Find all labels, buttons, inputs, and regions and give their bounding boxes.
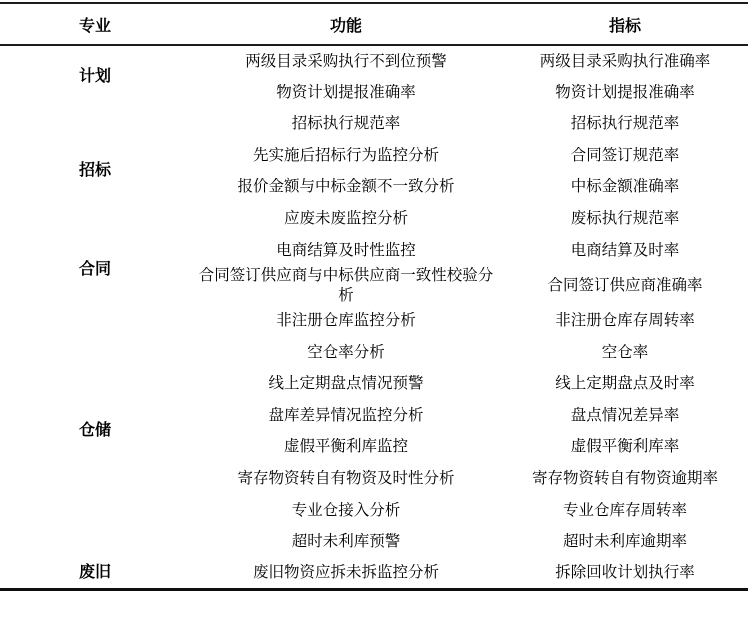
function-cell: 先实施后招标行为监控分析	[190, 140, 502, 172]
group-label-cell: 仓储	[0, 305, 190, 558]
table-row: 计划两级目录采购执行不到位预警两级目录采购执行准确率	[0, 45, 748, 77]
function-cell: 专业仓接入分析	[190, 494, 502, 526]
indicator-cell: 合同签订规范率	[502, 140, 748, 172]
function-cell: 空仓率分析	[190, 337, 502, 369]
function-cell: 招标执行规范率	[190, 108, 502, 140]
table-row: 仓储非注册仓库监控分析非注册仓库存周转率	[0, 305, 748, 337]
indicator-cell: 线上定期盘点及时率	[502, 368, 748, 400]
group-label-cell: 合同	[0, 235, 190, 305]
indicator-cell: 超时未利库逾期率	[502, 526, 748, 558]
indicator-cell: 物资计划提报准确率	[502, 77, 748, 109]
indicator-cell: 拆除回收计划执行率	[502, 558, 748, 590]
group-label-cell: 招标	[0, 108, 190, 234]
indicator-cell: 寄存物资转自有物资逾期率	[502, 463, 748, 495]
function-cell: 非注册仓库监控分析	[190, 305, 502, 337]
indicator-cell: 专业仓库存周转率	[502, 494, 748, 526]
col-header-function: 功能	[190, 3, 502, 45]
indicator-cell: 电商结算及时率	[502, 235, 748, 267]
function-cell: 电商结算及时性监控	[190, 235, 502, 267]
indicator-cell: 盘点情况差异率	[502, 400, 748, 432]
specialty-function-indicator-table: 专业 功能 指标 计划两级目录采购执行不到位预警两级目录采购执行准确率物资计划提…	[0, 2, 748, 591]
function-cell: 寄存物资转自有物资及时性分析	[190, 463, 502, 495]
indicator-cell: 合同签订供应商准确率	[502, 266, 748, 305]
indicator-cell: 非注册仓库存周转率	[502, 305, 748, 337]
table-body: 计划两级目录采购执行不到位预警两级目录采购执行准确率物资计划提报准确率物资计划提…	[0, 45, 748, 589]
function-cell: 物资计划提报准确率	[190, 77, 502, 109]
table-row: 废旧废旧物资应拆未拆监控分析拆除回收计划执行率	[0, 558, 748, 590]
indicator-cell: 废标执行规范率	[502, 203, 748, 235]
table-row: 招标招标执行规范率招标执行规范率	[0, 108, 748, 140]
function-cell: 应废未废监控分析	[190, 203, 502, 235]
function-cell: 线上定期盘点情况预警	[190, 368, 502, 400]
indicator-cell: 空仓率	[502, 337, 748, 369]
function-cell: 虚假平衡利库监控	[190, 431, 502, 463]
indicator-cell: 中标金额准确率	[502, 171, 748, 203]
group-label-cell: 计划	[0, 45, 190, 108]
indicator-cell: 两级目录采购执行准确率	[502, 45, 748, 77]
function-cell: 超时未利库预警	[190, 526, 502, 558]
group-label-cell: 废旧	[0, 558, 190, 590]
table-row: 合同电商结算及时性监控电商结算及时率	[0, 235, 748, 267]
indicator-cell: 招标执行规范率	[502, 108, 748, 140]
header-row: 专业 功能 指标	[0, 3, 748, 45]
col-header-specialty: 专业	[0, 3, 190, 45]
function-cell: 合同签订供应商与中标供应商一致性校验分析	[190, 266, 502, 305]
function-cell: 废旧物资应拆未拆监控分析	[190, 558, 502, 590]
indicator-cell: 虚假平衡利库率	[502, 431, 748, 463]
document-page: 专业 功能 指标 计划两级目录采购执行不到位预警两级目录采购执行准确率物资计划提…	[0, 0, 748, 619]
col-header-indicator: 指标	[502, 3, 748, 45]
function-cell: 报价金额与中标金额不一致分析	[190, 171, 502, 203]
function-cell: 两级目录采购执行不到位预警	[190, 45, 502, 77]
function-cell: 盘库差异情况监控分析	[190, 400, 502, 432]
table-header: 专业 功能 指标	[0, 3, 748, 45]
